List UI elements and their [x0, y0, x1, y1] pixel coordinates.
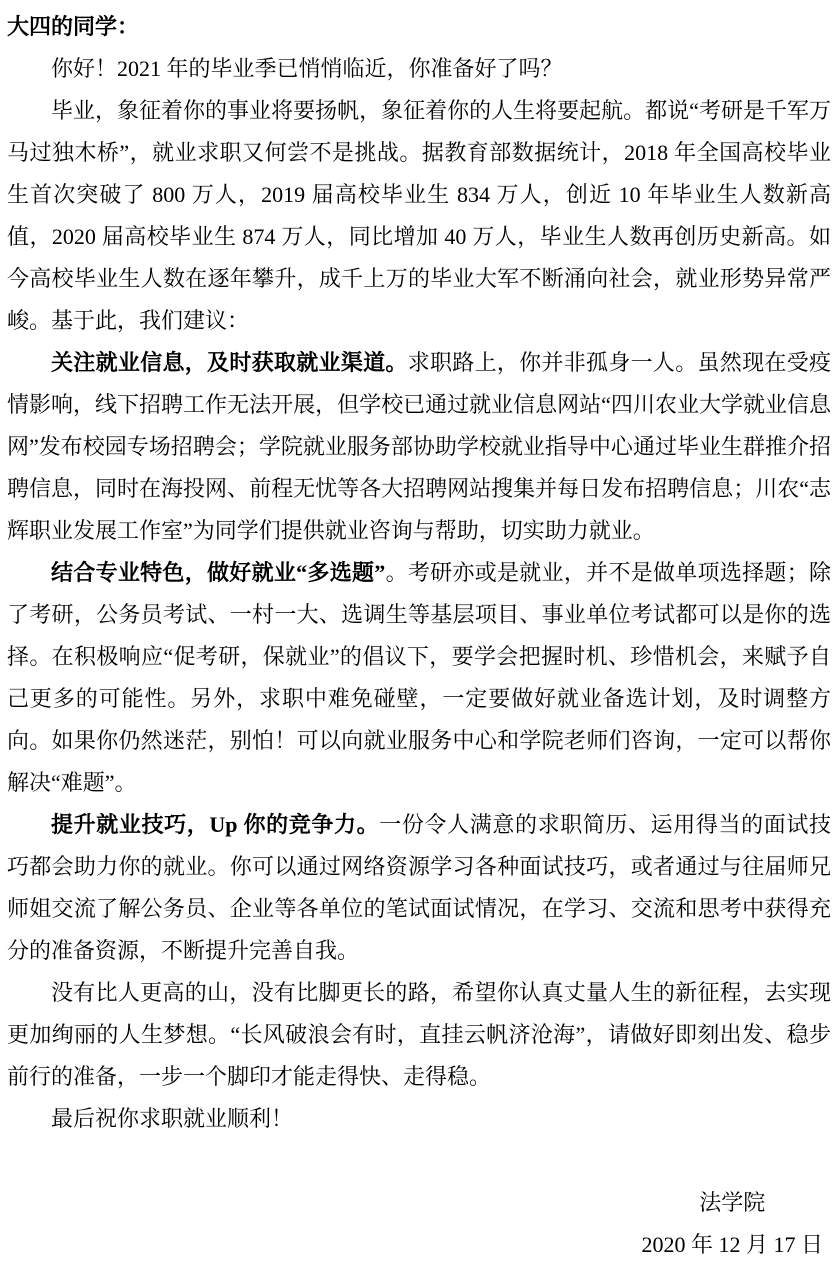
paragraph-text: 没有比人更高的山，没有比脚更长的路，希望你认真丈量人生的新征程，去实现更加绚丽的…	[7, 980, 831, 1089]
letter-page: 大四的同学： 你好！2021 年的毕业季已悄悄临近，你准备好了吗？ 毕业，象征着…	[0, 0, 837, 1261]
signature-block: 法学院 2020 年 12 月 17 日	[641, 1182, 823, 1261]
paragraph-text: 最后祝你求职就业顺利！	[51, 1106, 293, 1131]
paragraph-greeting: 你好！2021 年的毕业季已悄悄临近，你准备好了吗？	[7, 48, 831, 90]
signature-date: 2020 年 12 月 17 日	[641, 1224, 823, 1261]
salutation: 大四的同学：	[7, 6, 831, 48]
paragraph-lead: 提升就业技巧，Up 你的竞争力。	[51, 812, 379, 837]
paragraph-lead: 关注就业信息，及时获取就业渠道。	[51, 350, 408, 375]
paragraph-text: 。考研亦或是就业，并不是做单项选择题；除了考研，公务员考试、一村一大、选调生等基…	[7, 560, 831, 795]
signature-sender: 法学院	[641, 1182, 823, 1224]
paragraph-advice-info: 关注就业信息，及时获取就业渠道。求职路上，你并非孤身一人。虽然现在受疫情影响，线…	[7, 342, 831, 552]
paragraph-encouragement: 没有比人更高的山，没有比脚更长的路，希望你认真丈量人生的新征程，去实现更加绚丽的…	[7, 972, 831, 1098]
paragraph-advice-skills: 提升就业技巧，Up 你的竞争力。一份令人满意的求职简历、运用得当的面试技巧都会助…	[7, 804, 831, 972]
paragraph-closing-wish: 最后祝你求职就业顺利！	[7, 1098, 831, 1140]
paragraph-text: 你好！2021 年的毕业季已悄悄临近，你准备好了吗？	[51, 56, 563, 81]
paragraph-text: 毕业，象征着你的事业将要扬帆，象征着你的人生将要起航。都说“考研是千军万马过独木…	[7, 98, 831, 333]
paragraph-advice-choices: 结合专业特色，做好就业“多选题”。考研亦或是就业，并不是做单项选择题；除了考研，…	[7, 552, 831, 804]
paragraph-text: 求职路上，你并非孤身一人。虽然现在受疫情影响，线下招聘工作无法开展，但学校已通过…	[7, 350, 831, 543]
paragraph-lead: 结合专业特色，做好就业“多选题”	[51, 560, 385, 585]
paragraph-intro: 毕业，象征着你的事业将要扬帆，象征着你的人生将要起航。都说“考研是千军万马过独木…	[7, 90, 831, 342]
